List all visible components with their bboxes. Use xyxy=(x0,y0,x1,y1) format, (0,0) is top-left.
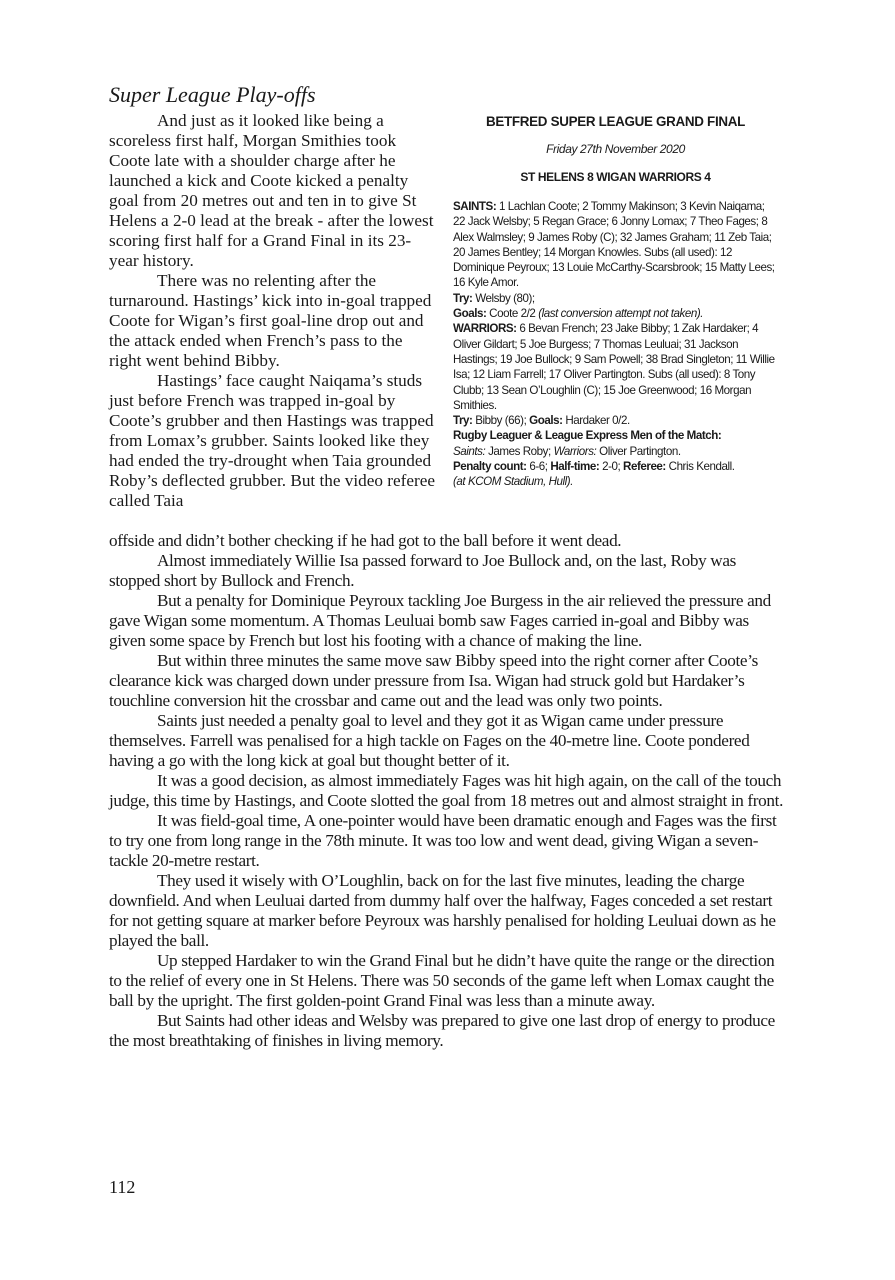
match-title: BETFRED SUPER LEAGUE GRAND FINAL xyxy=(453,114,778,129)
paragraph: And just as it looked like being a score… xyxy=(109,111,439,271)
warriors-scoring: Try: Bibby (66); Goals: Hardaker 0/2. xyxy=(453,413,778,428)
paragraph: But Saints had other ideas and Welsby wa… xyxy=(109,1011,789,1051)
paragraph: Almost immediately Willie Isa passed for… xyxy=(109,551,789,591)
referee-value: Chris Kendall. xyxy=(669,460,735,473)
book-page: Super League Play-offs And just as it lo… xyxy=(0,0,895,1280)
try-value: Welsby (80); xyxy=(475,292,534,305)
goals-label: Goals: xyxy=(529,414,562,427)
saints-team: 1 Lachlan Coote; 2 Tommy Makinson; 3 Kev… xyxy=(453,200,775,289)
try-label: Try: xyxy=(453,414,472,427)
paragraph: But a penalty for Dominique Peyroux tack… xyxy=(109,591,789,651)
halftime-label: Half-time: xyxy=(550,460,599,473)
penalty-label: Penalty count: xyxy=(453,460,527,473)
motm-saints: James Roby; xyxy=(488,445,551,458)
paragraph: Saints just needed a penalty goal to lev… xyxy=(109,711,789,771)
paragraph: There was no relenting after the turnaro… xyxy=(109,271,439,371)
paragraph: They used it wisely with O’Loughlin, bac… xyxy=(109,871,789,951)
paragraph: Up stepped Hardaker to win the Grand Fin… xyxy=(109,951,789,1011)
paragraph-continuation: offside and didn’t bother checking if he… xyxy=(109,531,789,551)
men-of-match-label: Rugby Leaguer & League Express Men of th… xyxy=(453,428,778,443)
goals-note: (last conversion attempt not taken). xyxy=(538,307,703,320)
motm-warriors-label: Warriors: xyxy=(554,445,597,458)
try-value: Bibby (66); xyxy=(475,414,526,427)
warriors-lineup: WARRIORS: 6 Bevan French; 23 Jake Bibby;… xyxy=(453,321,778,413)
referee-label: Referee: xyxy=(623,460,666,473)
officials: Penalty count: 6-6; Half-time: 2-0; Refe… xyxy=(453,459,778,474)
venue: (at KCOM Stadium, Hull). xyxy=(453,474,778,489)
warriors-label: WARRIORS: xyxy=(453,322,517,335)
warriors-team: 6 Bevan French; 23 Jake Bibby; 1 Zak Har… xyxy=(453,322,775,411)
running-head: Super League Play-offs xyxy=(109,82,316,108)
try-label: Try: xyxy=(453,292,472,305)
paragraph: Hastings’ face caught Naiqama’s studs ju… xyxy=(109,371,439,511)
saints-try: Try: Welsby (80); xyxy=(453,291,778,306)
goals-value: Hardaker 0/2. xyxy=(565,414,629,427)
penalty-value: 6-6; xyxy=(529,460,547,473)
saints-lineup: SAINTS: 1 Lachlan Coote; 2 Tommy Makinso… xyxy=(453,199,778,291)
match-summary-box: BETFRED SUPER LEAGUE GRAND FINAL Friday … xyxy=(453,111,778,490)
goals-label: Goals: xyxy=(453,307,486,320)
motm-warriors: Oliver Partington. xyxy=(599,445,680,458)
paragraph: But within three minutes the same move s… xyxy=(109,651,789,711)
motm-heading: Rugby Leaguer & League Express Men of th… xyxy=(453,429,721,442)
match-score: ST HELENS 8 WIGAN WARRIORS 4 xyxy=(453,170,778,184)
full-width-text: offside and didn’t bother checking if he… xyxy=(109,531,789,1051)
saints-label: SAINTS: xyxy=(453,200,496,213)
men-of-match: Saints: James Roby; Warriors: Oliver Par… xyxy=(453,444,778,459)
goals-value: Coote 2/2 xyxy=(489,307,535,320)
match-date: Friday 27th November 2020 xyxy=(453,142,778,156)
paragraph: It was a good decision, as almost immedi… xyxy=(109,771,789,811)
saints-goals: Goals: Coote 2/2 (last conversion attemp… xyxy=(453,306,778,321)
halftime-value: 2-0; xyxy=(602,460,620,473)
venue-text: (at KCOM Stadium, Hull). xyxy=(453,475,573,488)
page-number: 112 xyxy=(109,1177,135,1198)
paragraph: It was field-goal time, A one-pointer wo… xyxy=(109,811,789,871)
match-details: SAINTS: 1 Lachlan Coote; 2 Tommy Makinso… xyxy=(453,199,778,490)
left-column: And just as it looked like being a score… xyxy=(109,111,439,511)
motm-saints-label: Saints: xyxy=(453,445,485,458)
